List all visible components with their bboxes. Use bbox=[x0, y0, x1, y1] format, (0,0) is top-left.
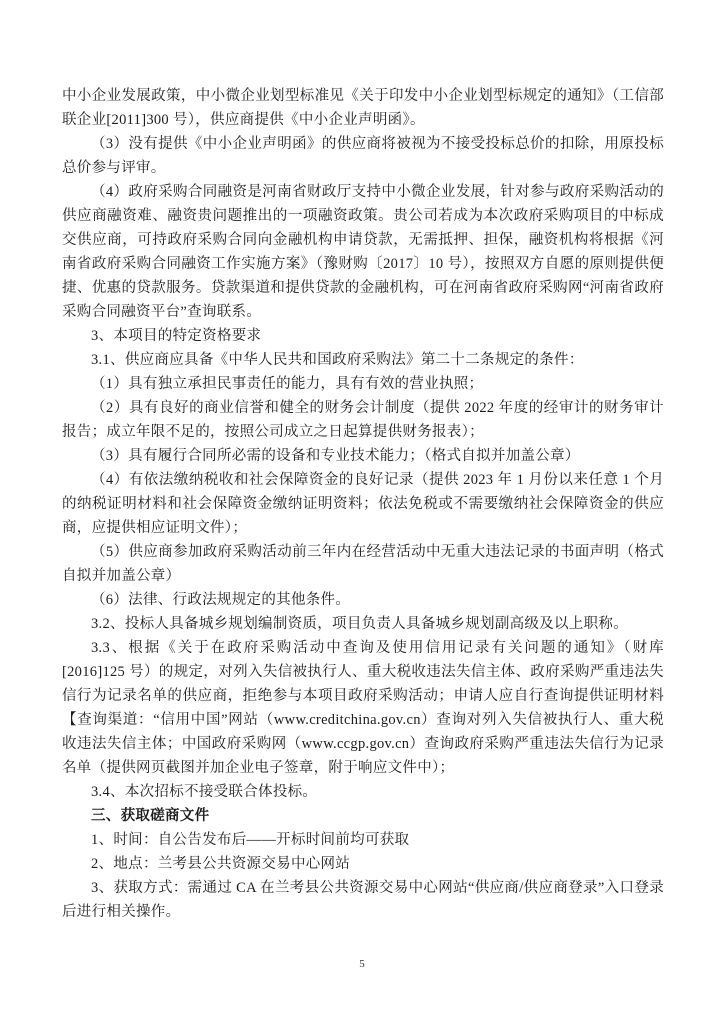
paragraph: 3.1、供应商应具备《中华人民共和国政府采购法》第二十二条规定的条件： bbox=[62, 348, 664, 372]
paragraph: 3、本项目的特定资格要求 bbox=[62, 324, 664, 348]
paragraph: 3.2、投标人具备城乡规划编制资质，项目负责人具备城乡规划副高级及以上职称。 bbox=[62, 612, 664, 636]
paragraph: （1）具有独立承担民事责任的能力，具有有效的营业执照； bbox=[62, 372, 664, 396]
paragraph: 中小企业发展政策，中小微企业划型标准见《关于印发中小企业划型标规定的通知》（工信… bbox=[62, 84, 664, 132]
paragraph: （6）法律、行政法规规定的其他条件。 bbox=[62, 588, 664, 612]
paragraph: （3）没有提供《中小企业声明函》的供应商将被视为不接受投标总价的扣除，用原投标总… bbox=[62, 132, 664, 180]
paragraph: （5）供应商参加政府采购活动前三年内在经营活动中无重大违法记录的书面声明（格式自… bbox=[62, 540, 664, 588]
paragraph: 三、获取磋商文件 bbox=[62, 804, 664, 828]
paragraph: （2）具有良好的商业信誉和健全的财务会计制度（提供 2022 年度的经审计的财务… bbox=[62, 396, 664, 444]
document-body: 中小企业发展政策，中小微企业划型标准见《关于印发中小企业划型标规定的通知》（工信… bbox=[62, 84, 664, 924]
paragraph: （3）具有履行合同所必需的设备和专业技术能力；（格式自拟并加盖公章） bbox=[62, 444, 664, 468]
paragraph: 3.4、本次招标不接受联合体投标。 bbox=[62, 780, 664, 804]
paragraph: 2、地点：兰考县公共资源交易中心网站 bbox=[62, 852, 664, 876]
paragraph: 3.3、根据《关于在政府采购活动中查询及使用信用记录有关问题的通知》（财库[20… bbox=[62, 636, 664, 780]
paragraph: （4）政府采购合同融资是河南省财政厅支持中小微企业发展，针对参与政府采购活动的供… bbox=[62, 180, 664, 324]
document-page: 中小企业发展政策，中小微企业划型标准见《关于印发中小企业划型标规定的通知》（工信… bbox=[0, 0, 724, 1024]
paragraph: 3、获取方式：需通过 CA 在兰考县公共资源交易中心网站“供应商/供应商登录”入… bbox=[62, 876, 664, 924]
page-number: 5 bbox=[0, 958, 724, 970]
paragraph: （4）有依法缴纳税收和社会保障资金的良好记录（提供 2023 年 1 月份以来任… bbox=[62, 468, 664, 540]
paragraph: 1、时间：自公告发布后——开标时间前均可获取 bbox=[62, 828, 664, 852]
